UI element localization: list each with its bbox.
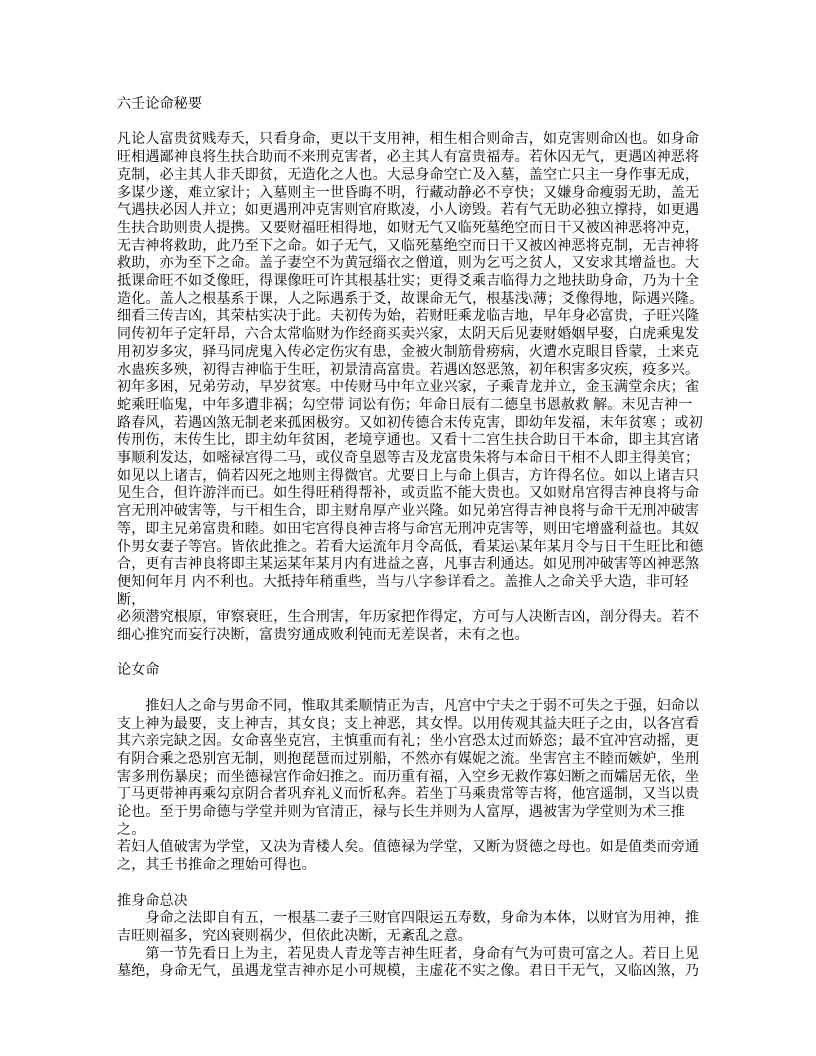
women-section-heading: 论女命: [117, 662, 705, 680]
body-section-first-rule-paragraph: 第一节先看日上为主，若见贵人青龙等吉神生旺者，身命有气为可贵可富之人。若日上见 …: [117, 946, 705, 981]
document-title: 六壬论命秘要: [117, 96, 705, 114]
body-section-intro-paragraph: 身命之法即自有五，一根基二妻子三财官四限运五寿数，身命为本体，以财官为用神，推 …: [117, 910, 705, 945]
spacer: [117, 875, 705, 893]
body-section-heading: 推身命总决: [117, 893, 705, 911]
women-section-paragraph: 推妇人之命与男命不同，惟取其柔顺情正为吉，凡宫中宁夫之于弱不可失之于强，妇命以 …: [117, 698, 705, 875]
spacer: [117, 645, 705, 663]
spacer: [117, 114, 705, 132]
document-page: 六壬论命秘要 凡论人富贵贫贱寿夭，只看身命，更以干支用神，相生相合则命吉，如克害…: [0, 0, 816, 1056]
spacer: [117, 680, 705, 698]
intro-paragraph: 凡论人富贵贫贱寿夭，只看身命，更以干支用神，相生相合则命吉，如克害则命凶也。如身…: [117, 131, 705, 644]
document-content: 六壬论命秘要 凡论人富贵贫贱寿夭，只看身命，更以干支用神，相生相合则命吉，如克害…: [117, 96, 705, 981]
